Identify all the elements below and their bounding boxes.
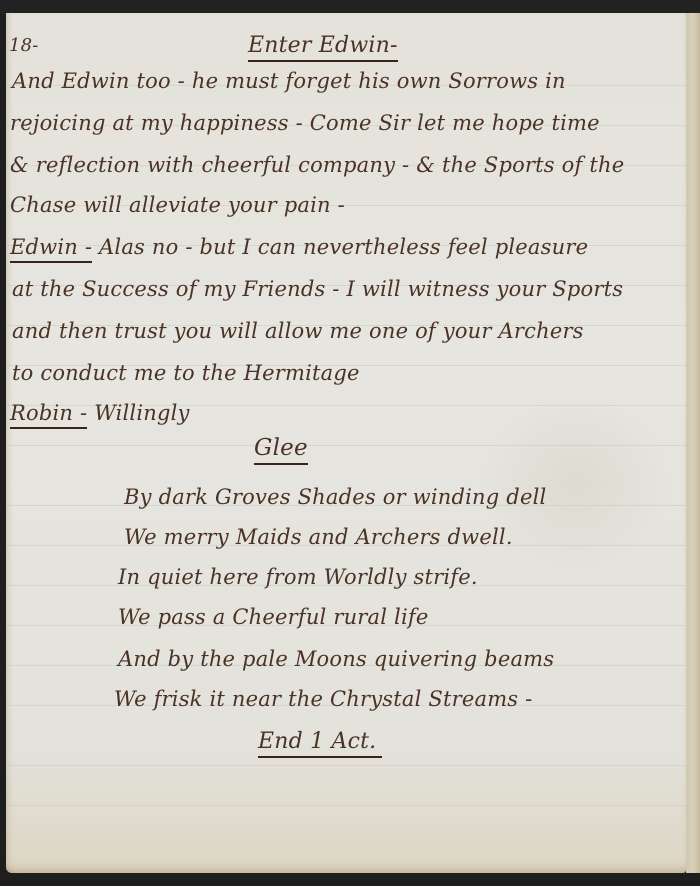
verse-line: And by the pale Moons quivering beams — [118, 647, 554, 671]
verse-line: We merry Maids and Archers dwell. — [124, 525, 513, 549]
dialogue-line: Chase will alleviate your pain - — [10, 193, 345, 217]
speech-text: Willingly — [87, 401, 189, 425]
song-title: Glee — [254, 435, 308, 465]
dialogue-line: Edwin - Alas no - but I can nevertheless… — [10, 235, 588, 259]
dialogue-line: to conduct me to the Hermitage — [12, 361, 360, 385]
scan-frame-top — [0, 0, 700, 14]
manuscript-page: 18- Enter Edwin- And Edwin too - he must… — [6, 13, 686, 873]
speaker-name: Edwin - — [10, 235, 92, 263]
ruled-line — [6, 805, 686, 806]
dialogue-line: And Edwin too - he must forget his own S… — [12, 69, 566, 93]
verse-line: By dark Groves Shades or winding dell — [124, 485, 546, 509]
speaker-name: Robin - — [10, 401, 87, 429]
dialogue-line: & reflection with cheerful company - & t… — [10, 153, 624, 177]
dialogue-line: and then trust you will allow me one of … — [12, 319, 584, 343]
verse-line: In quiet here from Worldly strife. — [118, 565, 478, 589]
dialogue-line: rejoicing at my happiness - Come Sir let… — [10, 111, 600, 135]
speech-text: Alas no - but I can nevertheless feel pl… — [92, 235, 588, 259]
act-end-note: End 1 Act. — [258, 729, 382, 758]
page-number: 18- — [9, 35, 39, 56]
dialogue-line: Robin - Willingly — [10, 401, 190, 425]
adjacent-page-edge — [686, 13, 700, 873]
verse-line: We frisk it near the Chrystal Streams - — [114, 687, 532, 711]
scene-heading: Enter Edwin- — [248, 33, 398, 62]
ruled-line — [6, 765, 686, 766]
dialogue-line: at the Success of my Friends - I will wi… — [12, 277, 623, 301]
verse-line: We pass a Cheerful rural life — [118, 605, 429, 629]
